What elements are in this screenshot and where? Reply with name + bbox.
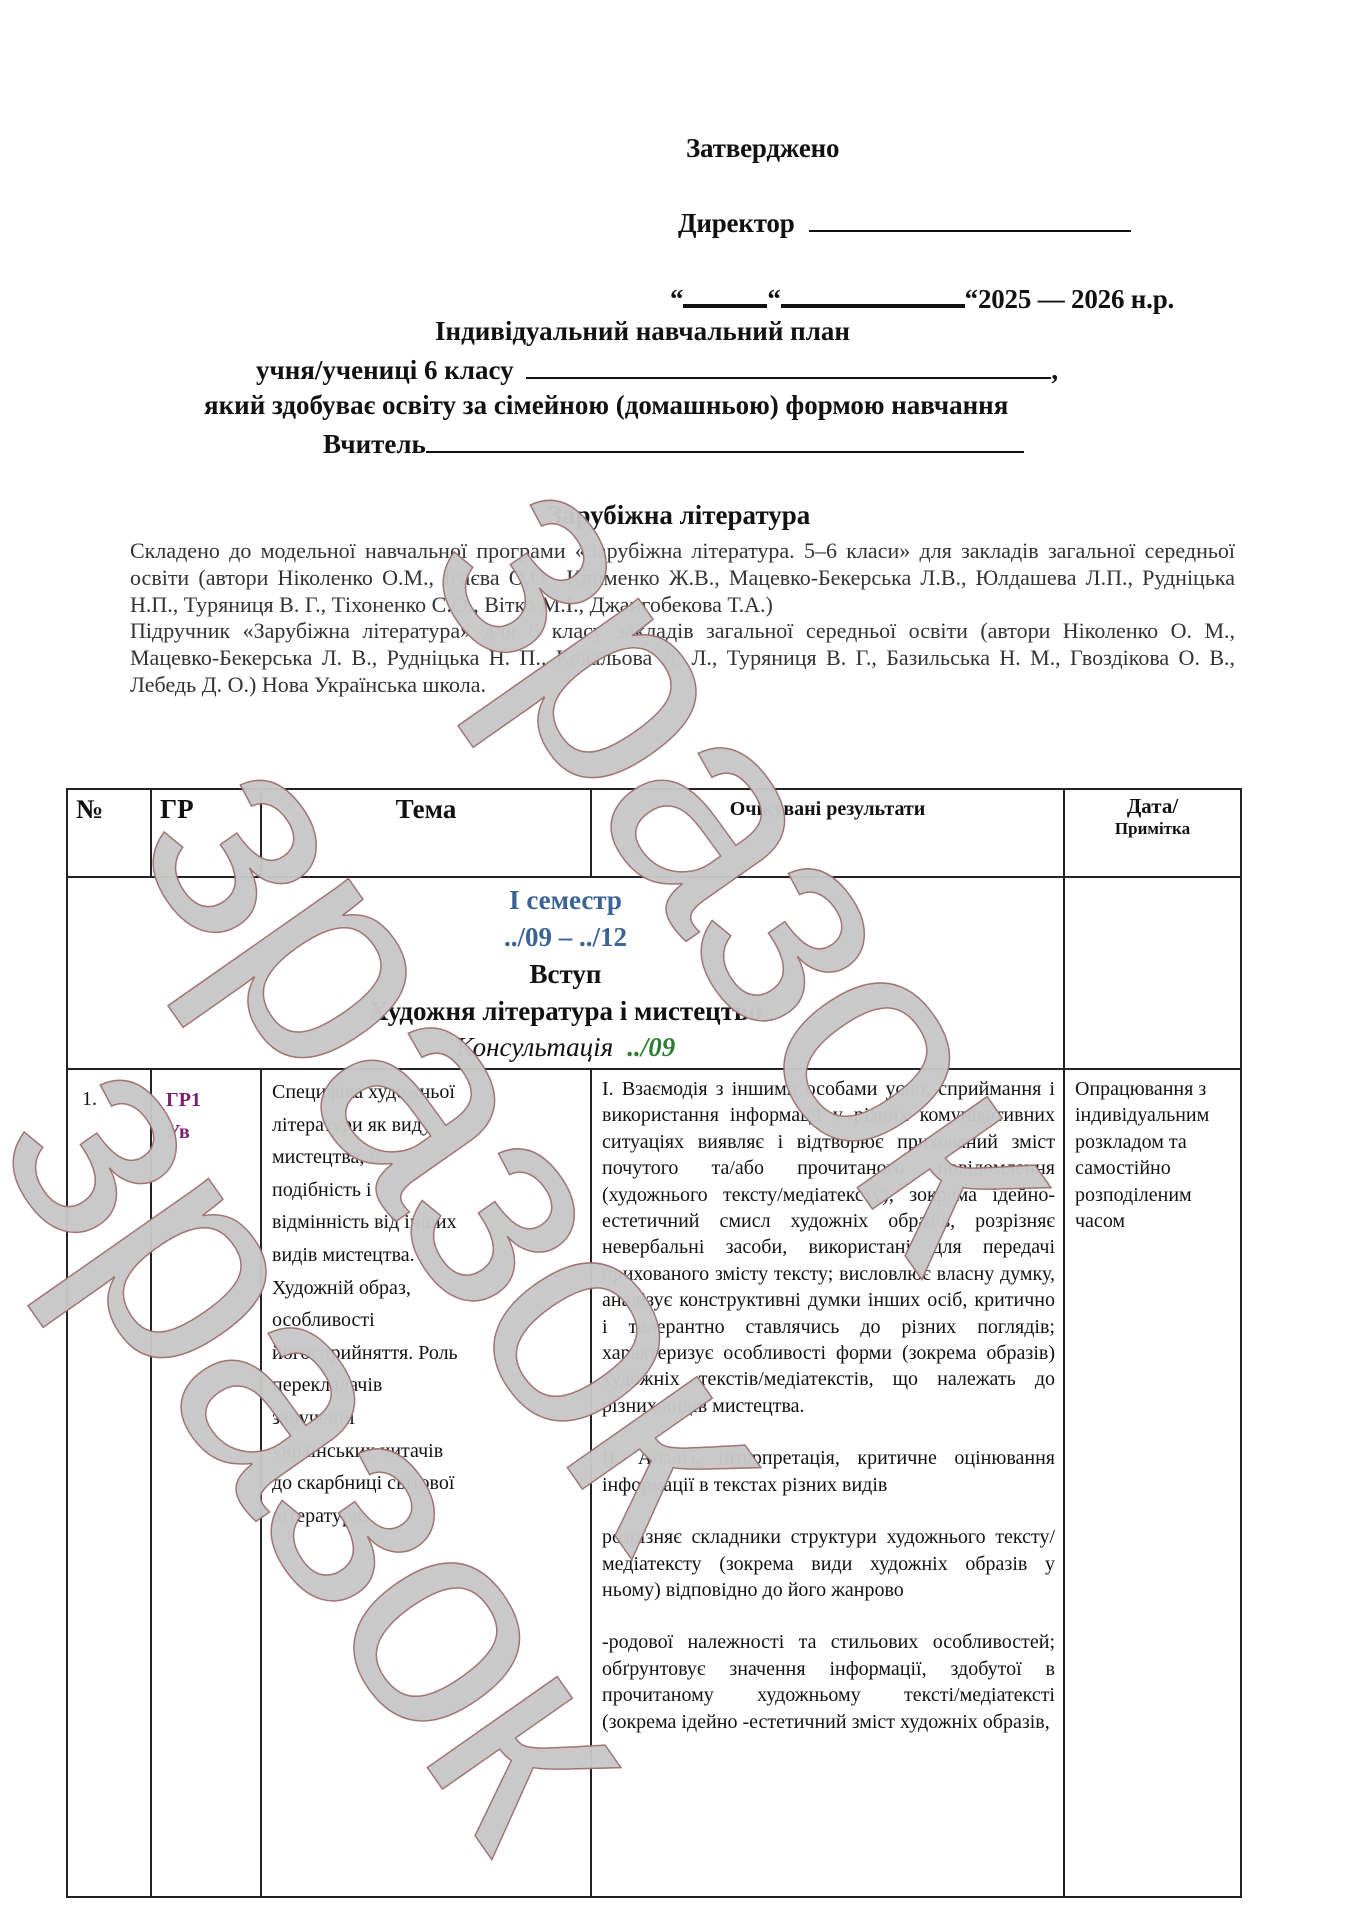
consultation-line: Консультація../09 [76,1030,1055,1064]
lesson-group: ГР1 Ув [151,1069,261,1897]
director-signature-line: Директор [678,206,1131,239]
document-page: Затверджено Директор “““2025 — 2026 н.р.… [0,0,1358,1920]
semester-section-note-cell [1064,877,1241,1069]
date-open-quote: “ [670,284,683,314]
topic-line: літератури як виду [272,1109,582,1142]
topic-line: перекладачів [272,1369,582,1402]
header-note: Примітка [1073,819,1232,839]
study-plan-table: № ГР Тема Очікувані результати Дата/ При… [66,788,1242,1898]
approval-title: Затверджено [686,133,839,164]
header-date-note: Дата/ Примітка [1064,789,1241,877]
approval-date-line: “““2025 — 2026 н.р. [670,280,1174,315]
header-group: ГР [151,789,261,877]
lesson-number: 1. [67,1069,151,1897]
result-block-2: ІІ. Аналіз, інтерпретація, критичне оцін… [602,1445,1055,1498]
section-intro: Вступ [76,956,1055,993]
student-suffix: , [1051,355,1058,385]
topic-line: йогосприйняття. Роль [272,1337,582,1370]
group-code: ГР1 [166,1084,252,1116]
topic-line: Специфіка художньої [272,1076,582,1109]
table-row: 1. ГР1 Ув Специфіка художньої літератури… [67,1069,1241,1897]
topic-line: особливості [272,1304,582,1337]
topic-line: Художній образ, [272,1272,582,1305]
header-expected-results: Очікувані результати [591,789,1064,877]
topic-line: до скарбниці світової [272,1467,582,1500]
topic-line: залученні [272,1402,582,1435]
table-header-row: № ГР Тема Очікувані результати Дата/ При… [67,789,1241,877]
teacher-line: Вчитель [323,427,1024,460]
consultation-label: Консультація [456,1032,613,1062]
topic-line: українських читачів [272,1435,582,1468]
result-block-1: І. Взаємодія з іншими особами усно, спри… [602,1076,1055,1419]
result-block-3: розрізняє складники структури художнього… [602,1524,1055,1603]
result-block-4: -родової належності та стильових особлив… [602,1629,1055,1735]
semester-title: І семестр [76,882,1055,919]
semester-date-range: ../09 – ../12 [76,919,1055,956]
date-mid-quote: “ [767,284,780,314]
consultation-date: ../09 [627,1032,675,1062]
topic-line: відмінність від інших [272,1206,582,1239]
group-subcode: Ув [166,1116,252,1148]
topic-line: подібність і [272,1174,582,1207]
section-theme: Художня література і мистецтво [76,993,1055,1030]
header-topic: Тема [261,789,591,877]
header-date: Дата/ [1073,794,1232,819]
plan-title: Індивідуальний навчальний план [435,316,850,347]
semester-section-cell: І семестр ../09 – ../12 Вступ Художня лі… [67,877,1064,1069]
month-blank[interactable] [781,280,965,308]
topic-line: мистецтва, її [272,1141,582,1174]
lesson-topic: Специфіка художньої літератури як виду м… [261,1069,591,1897]
program-reference: Складено до модельної навчальної програм… [130,538,1235,618]
subject-title: Зарубіжна література [0,500,1358,531]
student-name-blank[interactable] [526,353,1051,379]
teacher-label: Вчитель [323,429,426,459]
student-label: учня/учениці 6 класу [256,355,514,385]
textbook-reference: Підручник «Зарубіжна література» для 6 к… [130,618,1235,698]
lesson-date-note: Опрацювання з індивідуальним розкладом т… [1064,1069,1241,1897]
teacher-name-blank[interactable] [426,427,1024,453]
subject-description: Складено до модельної навчальної програм… [130,538,1235,699]
header-number: № [67,789,151,877]
school-year: 2025 — 2026 н.р. [978,284,1174,314]
date-close-quote: “ [965,284,978,314]
director-label: Директор [678,208,795,238]
topic-line: видів мистецтва. [272,1239,582,1272]
director-signature-blank[interactable] [809,206,1131,232]
topic-line: літератури. [272,1500,582,1533]
expected-results: І. Взаємодія з іншими особами усно, спри… [591,1069,1064,1897]
day-blank[interactable] [683,280,767,308]
semester-section-row: І семестр ../09 – ../12 Вступ Художня лі… [67,877,1241,1069]
education-form-line: який здобуває освіту за сімейною (домашн… [204,390,1008,421]
student-line: учня/учениці 6 класу , [256,353,1058,386]
